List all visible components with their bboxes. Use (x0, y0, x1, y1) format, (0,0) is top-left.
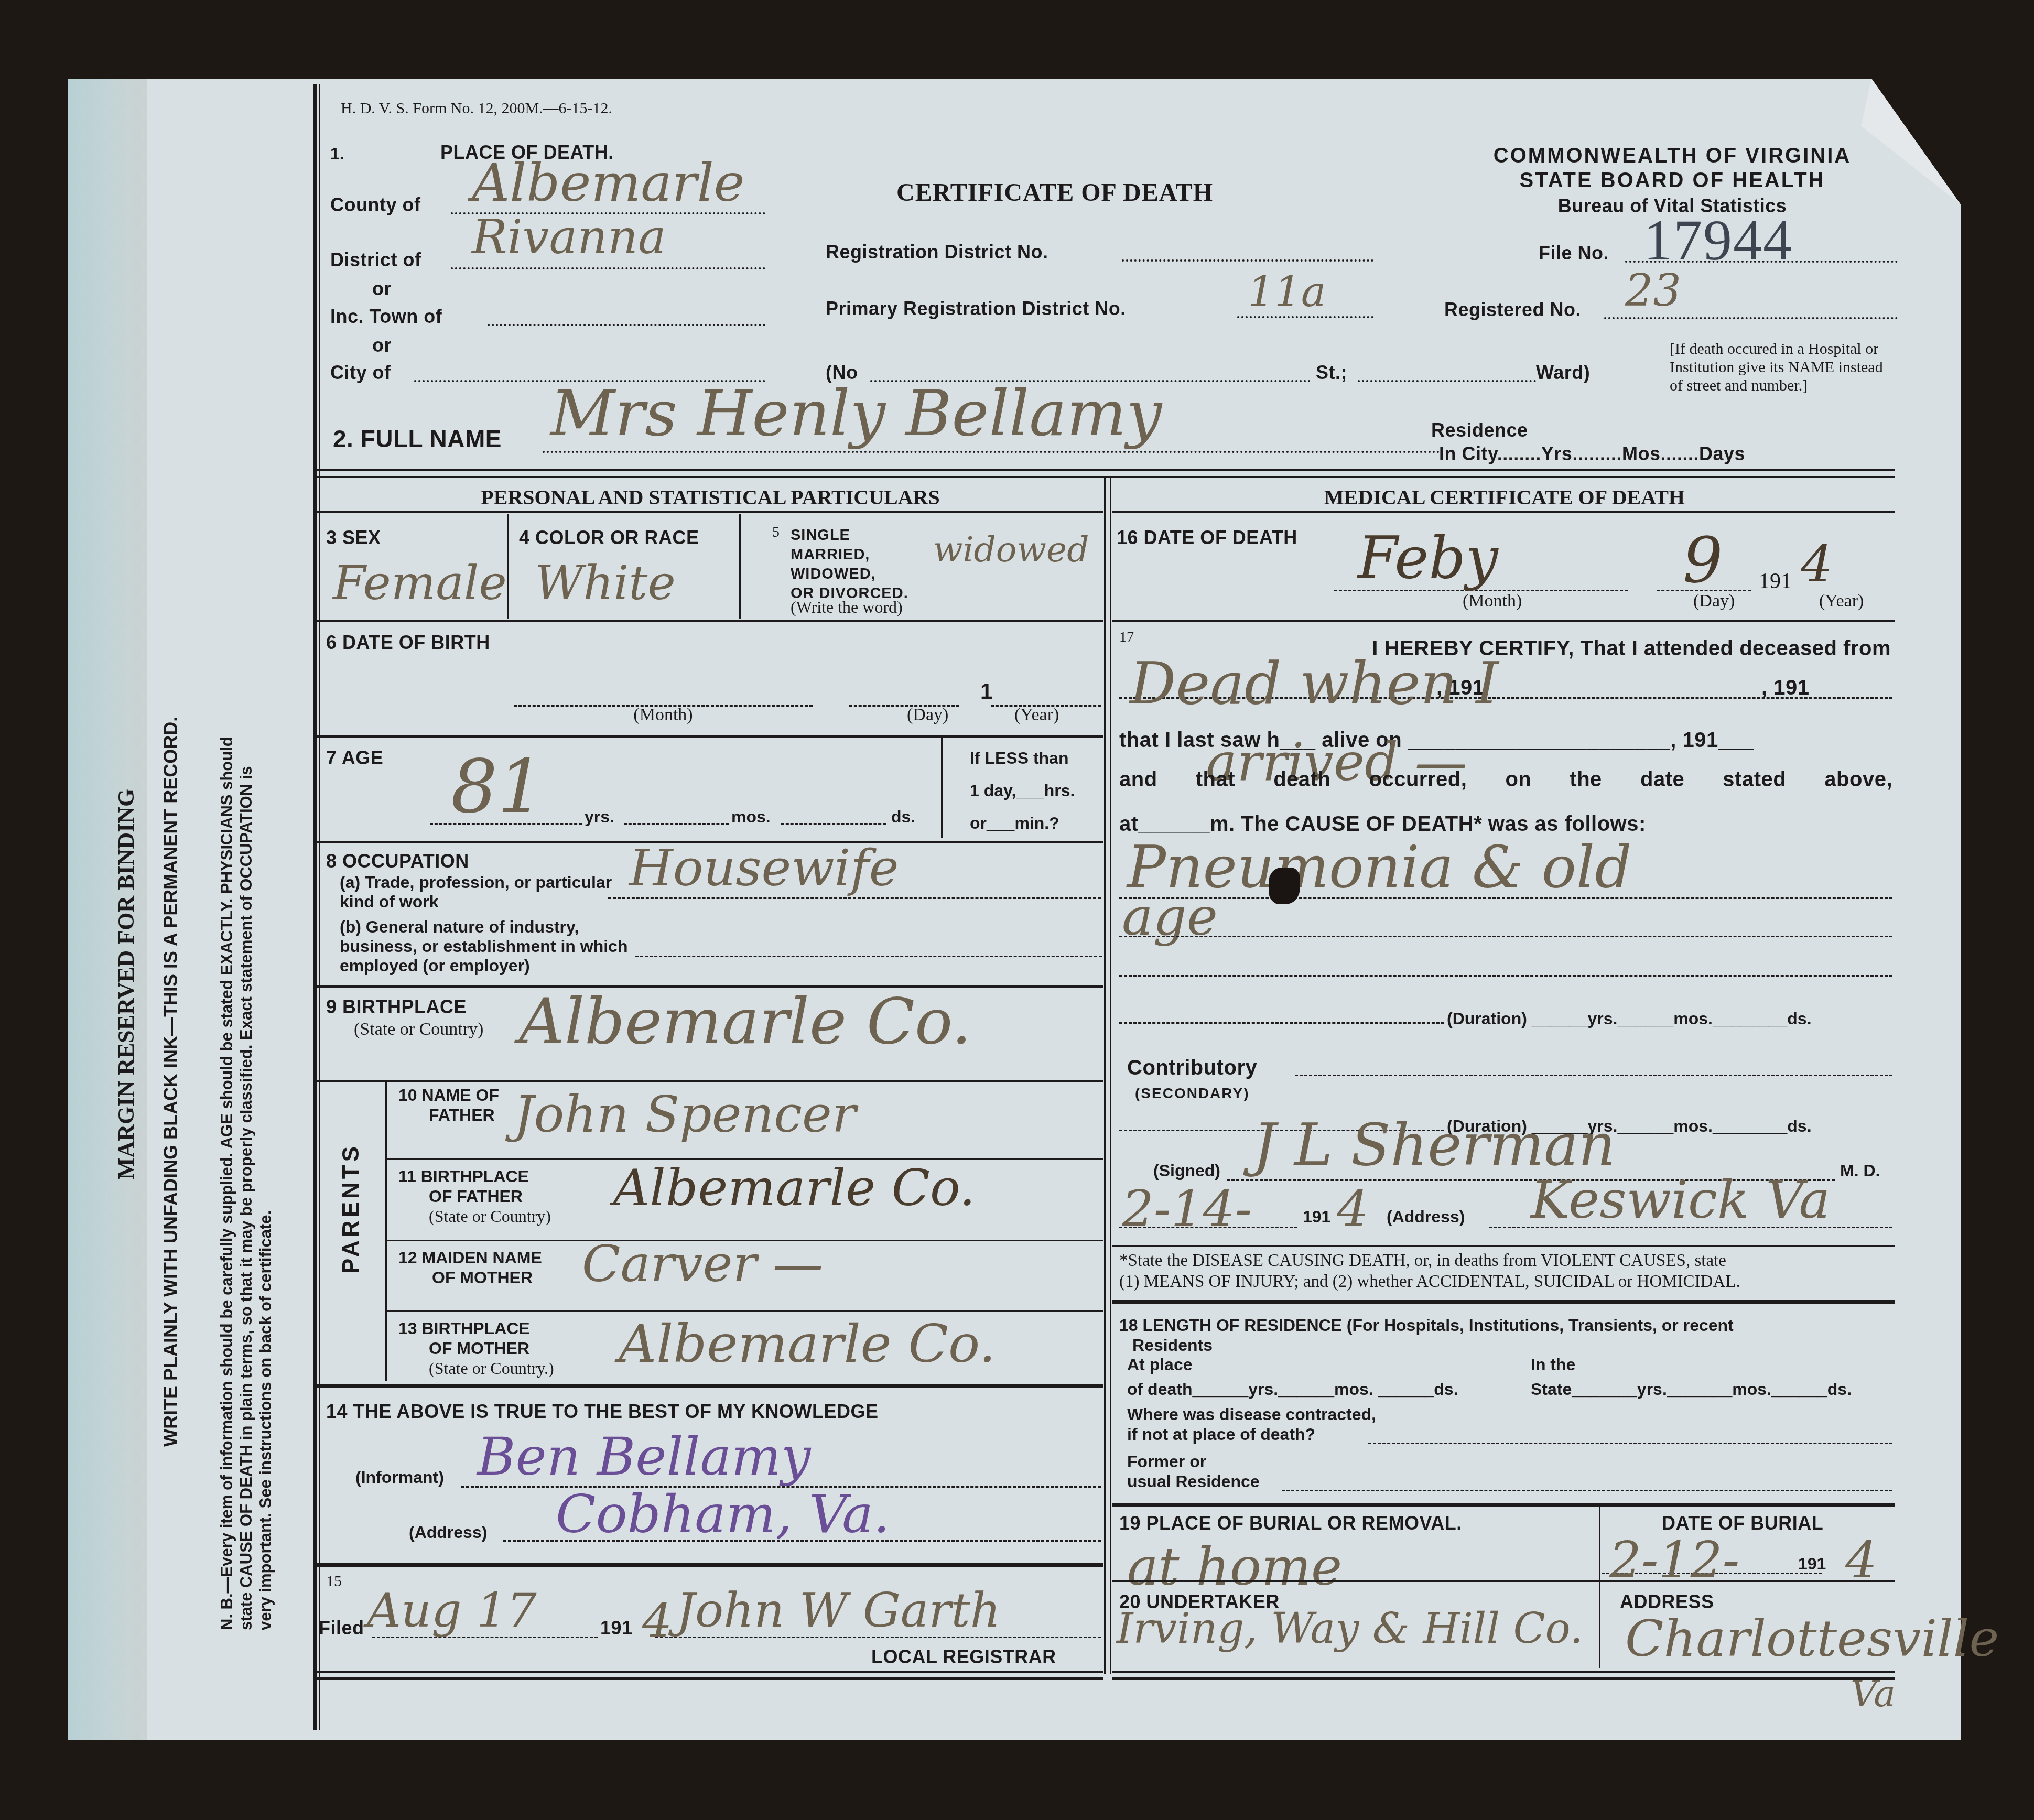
age-ds-unit: ds. (891, 807, 915, 827)
ward-field[interactable] (1358, 380, 1536, 382)
city-label: City of (330, 362, 391, 384)
cause-line: at______m. The CAUSE OF DEATH* was as fo… (1119, 812, 1892, 836)
sex-value[interactable]: Female (333, 556, 507, 611)
dod-label: 16 DATE OF DEATH (1117, 527, 1297, 549)
informant-value[interactable]: Ben Bellamy (477, 1426, 810, 1487)
registrar-signature[interactable]: John W Garth (676, 1583, 1001, 1638)
father-birthplace-value[interactable]: Albemarle Co. (613, 1158, 976, 1217)
occupation-label: 8 OCCUPATION (326, 850, 469, 872)
primary-reg-value[interactable]: 11a (1248, 267, 1326, 316)
father-name-label-line-1: 10 NAME OF (398, 1085, 499, 1105)
dob-label: 6 DATE OF BIRTH (326, 632, 490, 654)
physician-address-label: (Address) (1387, 1207, 1465, 1227)
age-mos-unit: mos. (731, 807, 771, 827)
informant-address-value[interactable]: Cobham, Va. (556, 1483, 890, 1545)
primary-reg-label: Primary Registration District No. (826, 298, 1126, 320)
street-st-label: St.; (1316, 362, 1347, 384)
rule (317, 1671, 1103, 1673)
full-name-value[interactable]: Mrs Henly Bellamy (550, 377, 1162, 450)
sex-label: 3 SEX (326, 527, 381, 549)
in-the-label: In the (1531, 1355, 1575, 1374)
residence-heading-2: Residents (1132, 1336, 1213, 1355)
mother-birthplace-label-line-1: 13 BIRTHPLACE (398, 1318, 554, 1338)
town-label: Inc. Town of (330, 306, 442, 328)
divider (1599, 1505, 1600, 1668)
burial-place-label: 19 PLACE OF BURIAL OR REMOVAL. (1119, 1512, 1462, 1534)
rule (317, 620, 1103, 622)
form-number: H. D. V. S. Form No. 12, 200M.—6-15-12. (341, 100, 612, 117)
dod-year-hint: (Year) (1819, 591, 1864, 611)
divider (739, 514, 741, 619)
of-death-line[interactable]: of death______yrs.______mos. ______ds. (1127, 1380, 1458, 1399)
burial-year-prefix: 191 (1798, 1554, 1826, 1574)
item-15: 15 (326, 1573, 342, 1590)
age-value[interactable]: 81 (451, 744, 544, 830)
marital-option-married: MARRIED, (791, 545, 908, 565)
registered-no-value[interactable]: 23 (1625, 265, 1681, 316)
footnote-line-2: (1) MEANS OF INJURY; and (2) whether ACC… (1119, 1271, 1740, 1292)
father-birthplace-label: 11 BIRTHPLACE OF FATHER (State or Countr… (398, 1166, 551, 1226)
paper-hole (1269, 868, 1300, 904)
mother-birthplace-value[interactable]: Albemarle Co. (619, 1313, 996, 1374)
former-label-2: usual Residence (1127, 1472, 1260, 1491)
frame-left (313, 84, 317, 1730)
marital-value[interactable]: widowed (933, 529, 1089, 570)
margin-binding-note: MARGIN RESERVED FOR BINDING (113, 789, 139, 1179)
state-line[interactable]: State_______yrs._______mos.______ds. (1531, 1380, 1852, 1399)
full-name-line (543, 451, 1444, 453)
age-months-field[interactable] (624, 823, 729, 825)
mother-birthplace-label: 13 BIRTHPLACE OF MOTHER (State or Countr… (398, 1318, 554, 1378)
contributory-field[interactable] (1295, 1075, 1892, 1076)
mother-maiden-label: 12 MAIDEN NAME OF MOTHER (398, 1248, 542, 1287)
filed-date-value[interactable]: Aug 17 (367, 1583, 537, 1638)
informant-label: (Informant) (355, 1468, 444, 1487)
footnote: *State the DISEASE CAUSING DEATH, or, in… (1119, 1250, 1740, 1292)
cause-line-2 (1119, 936, 1892, 937)
dod-year-suffix[interactable]: 4 (1801, 535, 1833, 593)
rule (1112, 620, 1895, 622)
filed-year-suffix[interactable]: 4 (642, 1594, 672, 1649)
filed-year-prefix: 191 (600, 1617, 633, 1639)
registrar-label: LOCAL REGISTRAR (871, 1646, 1056, 1668)
rule (317, 1677, 1103, 1680)
authority-line-1: COMMONWEALTH OF VIRGINIA (1447, 144, 1898, 168)
margin-ink-note: WRITE PLAINLY WITH UNFADING BLACK INK—TH… (160, 717, 182, 1447)
less-than-line-2[interactable]: 1 day,___hrs. (970, 774, 1075, 807)
rule (317, 1384, 1103, 1388)
medical-heading: MEDICAL CERTIFICATE OF DEATH (1114, 485, 1895, 510)
margin-nb-line1: N. B.—Every item of information should b… (218, 736, 236, 1630)
dod-month-hint: (Month) (1463, 591, 1522, 611)
attended-year-prefix-2: , 191 (1761, 676, 1809, 700)
dod-day-hint: (Day) (1693, 591, 1735, 611)
full-name-label: 2. FULL NAME (333, 425, 502, 453)
physician-address-value[interactable]: Keswick Va (1531, 1169, 1830, 1230)
burial-place-value[interactable]: at home (1127, 1536, 1342, 1597)
father-name-label: 10 NAME OF FATHER (398, 1085, 499, 1125)
district-line (451, 267, 765, 269)
margin-nb-line2: state CAUSE OF DEATH in plain terms, so … (237, 766, 256, 1630)
signed-label: (Signed) (1153, 1161, 1220, 1180)
informant-heading: 14 THE ABOVE IS TRUE TO THE BEST OF MY K… (326, 1401, 878, 1423)
attended-note[interactable]: Dead when I (1130, 650, 1499, 717)
district-label: District of (330, 249, 421, 271)
at-place-label: At place (1127, 1355, 1192, 1374)
father-birthplace-label-line-2: OF FATHER (398, 1186, 551, 1206)
father-name-value[interactable]: John Spencer (514, 1085, 856, 1144)
occupation-a-label: (a) Trade, profession, or particular kin… (340, 873, 623, 912)
rule (317, 469, 1895, 471)
signed-date-value[interactable]: 2-14- (1122, 1179, 1252, 1238)
hospital-note: [If death occured in a Hospital or Insti… (1670, 340, 1895, 395)
column-divider-inner (1110, 476, 1111, 1674)
personal-heading: PERSONAL AND STATISTICAL PARTICULARS (320, 485, 1101, 510)
less-than-line-3[interactable]: or___min.? (970, 807, 1075, 839)
marital-options: SINGLE MARRIED, WIDOWED, OR DIVORCED. (791, 526, 908, 603)
margin-nb-line3: very important. See instructions on back… (256, 1210, 275, 1630)
county-value[interactable]: Albemarle (472, 152, 745, 213)
footnote-line-1: *State the DISEASE CAUSING DEATH, or, in… (1119, 1250, 1740, 1271)
rule (317, 1563, 1103, 1567)
age-label: 7 AGE (326, 747, 383, 769)
residence-label: Residence (1431, 419, 1528, 441)
file-no-label: File No. (1539, 242, 1609, 264)
contracted-label-2: if not at place of death? (1127, 1425, 1315, 1444)
informant-address-label: (Address) (409, 1523, 487, 1542)
dob-year-prefix: 1 (980, 679, 993, 704)
residence-heading: 18 LENGTH OF RESIDENCE (For Hospitals, I… (1119, 1316, 1892, 1335)
industry-field[interactable] (635, 956, 1102, 957)
dod-month-value[interactable]: Feby (1358, 524, 1498, 591)
age-line (430, 823, 582, 825)
less-than-box: If LESS than 1 day,___hrs. or___min.? (970, 742, 1075, 839)
divider (507, 514, 509, 619)
rule (317, 1080, 1103, 1082)
town-field[interactable] (488, 324, 765, 326)
marital-option-single: SINGLE (791, 526, 908, 545)
mother-birthplace-label-line-2: OF MOTHER (398, 1338, 554, 1358)
marital-option-widowed: WIDOWED, (791, 565, 908, 584)
former-residence-field[interactable] (1282, 1490, 1892, 1491)
mother-birthplace-label-line-3: (State or Country.) (398, 1358, 554, 1378)
mother-maiden-label-line-2: OF MOTHER (398, 1267, 542, 1287)
or-label-2: or (372, 334, 392, 356)
cause-line-3 (1119, 975, 1892, 977)
authority-line-2: STATE BOARD OF HEALTH (1447, 169, 1898, 192)
occupation-line (608, 897, 1101, 899)
signed-year-suffix[interactable]: 4 (1337, 1179, 1369, 1238)
registered-no-line (1604, 317, 1898, 319)
rule (1112, 1671, 1895, 1673)
birthplace-label: 9 BIRTHPLACE (326, 996, 467, 1018)
file-no-value[interactable]: 17944 (1643, 207, 1793, 274)
rule (1112, 1300, 1895, 1304)
former-label: Former or (1127, 1452, 1206, 1471)
dob-year-hint: (Year) (1014, 705, 1059, 725)
or-label-1: or (372, 278, 392, 300)
marital-num: 5 (772, 524, 780, 541)
rule (1112, 511, 1895, 513)
divider (385, 1082, 387, 1381)
cause-line-1 (1119, 897, 1892, 899)
cause-value-2[interactable]: age (1122, 886, 1218, 947)
rule (1112, 1580, 1895, 1582)
rule (387, 1310, 1103, 1312)
column-divider (1104, 476, 1106, 1674)
parents-label: PARENTS (338, 1143, 364, 1274)
father-name-label-line-2: FATHER (398, 1105, 499, 1125)
rule (317, 511, 1103, 513)
secondary-label: (SECONDARY) (1135, 1085, 1250, 1102)
frame-left-inner (319, 84, 320, 1730)
rule (1112, 1677, 1895, 1680)
dob-month-hint: (Month) (514, 705, 813, 725)
district-value[interactable]: Rivanna (472, 210, 666, 265)
birthplace-value[interactable]: Albemarle Co. (519, 985, 971, 1058)
age-days-field[interactable] (781, 823, 886, 825)
item-17: 17 (1119, 629, 1134, 646)
filed-label: Filed (319, 1617, 364, 1639)
item-1: 1. (330, 144, 344, 164)
contracted-label: Where was disease contracted, (1127, 1405, 1376, 1424)
age-yrs-unit: yrs. (585, 807, 614, 827)
duration-line (1119, 1022, 1444, 1024)
mother-maiden-value[interactable]: Carver — (582, 1234, 823, 1293)
duration-line-1: (Duration) ______yrs.______mos.________d… (1447, 1009, 1812, 1028)
occurred-line: and that death occurred, on the date sta… (1119, 768, 1892, 792)
ward-label: Ward) (1536, 362, 1590, 384)
residence-in-city: In City........Yrs.........Mos.......Day… (1439, 443, 1745, 465)
father-birthplace-label-line-1: 11 BIRTHPLACE (398, 1166, 551, 1186)
md-label: M. D. (1840, 1161, 1880, 1180)
birthplace-hint: (State or Country) (354, 1020, 483, 1039)
marital-hint: (Write the word) (791, 598, 903, 617)
undertaker-address-value[interactable]: Charlottesville (1625, 1609, 1999, 1668)
less-than-line-1: If LESS than (970, 742, 1075, 774)
rule (1112, 1503, 1895, 1507)
dod-year-prefix: 191 (1759, 569, 1792, 594)
certificate-title: CERTIFICATE OF DEATH (896, 178, 1213, 207)
dod-day-value[interactable]: 9 (1683, 524, 1723, 597)
signed-year-prefix: 191 (1303, 1207, 1330, 1227)
reg-district-field[interactable] (1122, 259, 1373, 262)
occupation-value[interactable]: Housewife (629, 839, 899, 897)
rule (317, 735, 1103, 738)
contributory-label: Contributory (1127, 1056, 1257, 1080)
race-label: 4 COLOR OR RACE (519, 527, 699, 549)
race-value[interactable]: White (535, 556, 676, 611)
dob-day-hint: (Day) (907, 705, 948, 725)
occupation-b-label: (b) General nature of industry, business… (340, 917, 654, 976)
father-birthplace-label-line-3: (State or Country) (398, 1206, 551, 1226)
contracted-field[interactable] (1368, 1443, 1892, 1444)
mother-maiden-label-line-1: 12 MAIDEN NAME (398, 1248, 542, 1267)
undertaker-value[interactable]: Irving, Way & Hill Co. (1117, 1604, 1583, 1653)
primary-reg-line (1237, 316, 1373, 318)
registered-no-label: Registered No. (1444, 299, 1581, 321)
rule (1112, 1245, 1895, 1247)
divider (941, 738, 943, 838)
physician-signature[interactable]: J L Sherman (1253, 1111, 1616, 1178)
reg-district-label: Registration District No. (826, 241, 1048, 263)
county-label: County of (330, 194, 420, 216)
